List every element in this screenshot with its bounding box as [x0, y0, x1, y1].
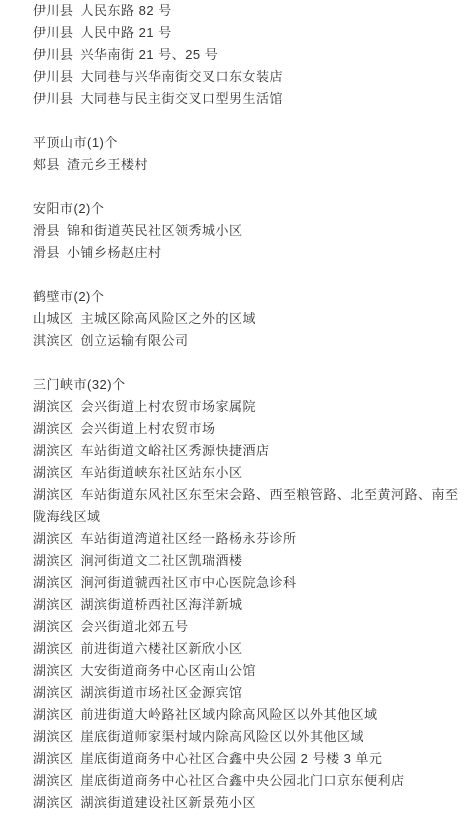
- city-section-header: 鹤壁市(2)个: [33, 286, 464, 308]
- region-name: 郏县: [33, 157, 60, 172]
- region-name: 湖滨区: [33, 443, 74, 458]
- region-name: 伊川县: [33, 69, 74, 84]
- address-text: 大同巷与兴华南街交叉口东女装店: [81, 69, 284, 84]
- city-section-header: 平顶山市(1)个: [33, 132, 464, 154]
- region-name: 湖滨区: [33, 795, 74, 810]
- risk-area-item: 湖滨区会兴街道上村农贸市场家属院: [33, 396, 464, 418]
- address-text: 涧河街道文二社区凯瑞酒楼: [81, 553, 243, 568]
- address-text: 会兴街道北郊五号: [81, 619, 189, 634]
- risk-area-item: 伊川县人民东路 82 号: [33, 0, 464, 22]
- document-page: 伊川县人民东路 82 号伊川县人民中路 21 号伊川县兴华南街 21 号、25 …: [0, 0, 472, 820]
- address-text: 大安街道商务中心区南山公馆: [81, 663, 257, 678]
- region-name: 湖滨区: [33, 553, 74, 568]
- risk-area-list: 伊川县人民东路 82 号伊川县人民中路 21 号伊川县兴华南街 21 号、25 …: [33, 0, 464, 814]
- address-text: 车站街道文峪社区秀源快捷酒店: [81, 443, 270, 458]
- address-text: 创立运输有限公司: [81, 333, 189, 348]
- region-name: 湖滨区: [33, 641, 74, 656]
- risk-area-item: 滑县小铺乡杨赵庄村: [33, 242, 464, 264]
- region-name: 湖滨区: [33, 751, 74, 766]
- region-name: 湖滨区: [33, 487, 74, 502]
- risk-area-item: 湖滨区大安街道商务中心区南山公馆: [33, 660, 464, 682]
- address-text: 主城区除高风险区之外的区域: [81, 311, 257, 326]
- risk-area-item: 湖滨区涧河街道虢西社区市中心医院急诊科: [33, 572, 464, 594]
- address-text: 大同巷与民主街交叉口型男生活馆: [81, 91, 284, 106]
- risk-area-item: 湖滨区崖底街道师家渠村域内除高风险区以外其他区域: [33, 726, 464, 748]
- region-name: 湖滨区: [33, 773, 74, 788]
- risk-area-item: 湖滨区湖滨街道桥西社区海洋新城: [33, 594, 464, 616]
- risk-area-item: 湖滨区车站街道湾道社区经一路杨永芬诊所: [33, 528, 464, 550]
- address-text: 车站街道东风社区东至宋会路、西至粮管路、北至黄河路、南至陇海线区域: [33, 487, 459, 524]
- region-name: 滑县: [33, 223, 60, 238]
- region-name: 湖滨区: [33, 531, 74, 546]
- address-text: 湖滨街道建设社区新景苑小区: [81, 795, 257, 810]
- risk-area-item: 郏县渣元乡王楼村: [33, 154, 464, 176]
- risk-area-item: 湖滨区崖底街道商务中心社区合鑫中央公园 2 号楼 3 单元: [33, 748, 464, 770]
- address-text: 崖底街道商务中心社区合鑫中央公园 2 号楼 3 单元: [81, 751, 383, 766]
- address-text: 湖滨街道桥西社区海洋新城: [81, 597, 243, 612]
- region-name: 伊川县: [33, 91, 74, 106]
- region-name: 湖滨区: [33, 685, 74, 700]
- address-text: 涧河街道虢西社区市中心医院急诊科: [81, 575, 297, 590]
- region-name: 湖滨区: [33, 465, 74, 480]
- risk-area-item: 湖滨区涧河街道文二社区凯瑞酒楼: [33, 550, 464, 572]
- risk-area-item: 湖滨区湖滨街道市场社区金源宾馆: [33, 682, 464, 704]
- risk-area-item: 伊川县人民中路 21 号: [33, 22, 464, 44]
- address-text: 崖底街道商务中心社区合鑫中央公园北门口京东便利店: [81, 773, 405, 788]
- region-name: 湖滨区: [33, 729, 74, 744]
- region-name: 湖滨区: [33, 575, 74, 590]
- risk-area-item: 淇滨区创立运输有限公司: [33, 330, 464, 352]
- address-text: 小铺乡杨赵庄村: [67, 245, 162, 260]
- region-name: 山城区: [33, 311, 74, 326]
- risk-area-item: 湖滨区车站街道东风社区东至宋会路、西至粮管路、北至黄河路、南至陇海线区域: [33, 484, 464, 528]
- risk-area-item: 湖滨区崖底街道商务中心社区合鑫中央公园北门口京东便利店: [33, 770, 464, 792]
- address-text: 会兴街道上村农贸市场: [81, 421, 216, 436]
- risk-area-item: 伊川县大同巷与民主街交叉口型男生活馆: [33, 88, 464, 110]
- address-text: 前进街道六楼社区新欣小区: [81, 641, 243, 656]
- region-name: 淇滨区: [33, 333, 74, 348]
- region-name: 湖滨区: [33, 663, 74, 678]
- city-section-header: 安阳市(2)个: [33, 198, 464, 220]
- risk-area-item: 伊川县兴华南街 21 号、25 号: [33, 44, 464, 66]
- region-name: 湖滨区: [33, 597, 74, 612]
- region-name: 伊川县: [33, 25, 74, 40]
- address-text: 会兴街道上村农贸市场家属院: [81, 399, 257, 414]
- risk-area-item: 湖滨区会兴街道上村农贸市场: [33, 418, 464, 440]
- address-text: 车站街道湾道社区经一路杨永芬诊所: [81, 531, 297, 546]
- region-name: 湖滨区: [33, 421, 74, 436]
- region-name: 滑县: [33, 245, 60, 260]
- city-section: 安阳市(2)个滑县锦和街道英民社区领秀城小区滑县小铺乡杨赵庄村: [33, 198, 464, 264]
- address-text: 兴华南街 21 号、25 号: [81, 47, 219, 62]
- risk-area-item: 湖滨区前进街道六楼社区新欣小区: [33, 638, 464, 660]
- risk-area-item: 湖滨区车站街道文峪社区秀源快捷酒店: [33, 440, 464, 462]
- city-section: 伊川县人民东路 82 号伊川县人民中路 21 号伊川县兴华南街 21 号、25 …: [33, 0, 464, 110]
- address-text: 渣元乡王楼村: [67, 157, 148, 172]
- region-name: 伊川县: [33, 3, 74, 18]
- risk-area-item: 湖滨区前进街道大岭路社区域内除高风险区以外其他区域: [33, 704, 464, 726]
- address-text: 前进街道大岭路社区域内除高风险区以外其他区域: [81, 707, 378, 722]
- city-section-header: 三门峡市(32)个: [33, 374, 464, 396]
- city-section: 鹤壁市(2)个山城区主城区除高风险区之外的区域淇滨区创立运输有限公司: [33, 286, 464, 352]
- address-text: 湖滨街道市场社区金源宾馆: [81, 685, 243, 700]
- address-text: 车站街道峡东社区站东小区: [81, 465, 243, 480]
- city-section: 平顶山市(1)个郏县渣元乡王楼村: [33, 132, 464, 176]
- address-text: 崖底街道师家渠村域内除高风险区以外其他区域: [81, 729, 365, 744]
- risk-area-item: 山城区主城区除高风险区之外的区域: [33, 308, 464, 330]
- address-text: 锦和街道英民社区领秀城小区: [67, 223, 243, 238]
- address-text: 人民东路 82 号: [81, 3, 172, 18]
- city-section: 三门峡市(32)个湖滨区会兴街道上村农贸市场家属院湖滨区会兴街道上村农贸市场湖滨…: [33, 374, 464, 814]
- risk-area-item: 伊川县大同巷与兴华南街交叉口东女装店: [33, 66, 464, 88]
- risk-area-item: 滑县锦和街道英民社区领秀城小区: [33, 220, 464, 242]
- address-text: 人民中路 21 号: [81, 25, 172, 40]
- region-name: 湖滨区: [33, 707, 74, 722]
- risk-area-item: 湖滨区车站街道峡东社区站东小区: [33, 462, 464, 484]
- risk-area-item: 湖滨区会兴街道北郊五号: [33, 616, 464, 638]
- region-name: 湖滨区: [33, 399, 74, 414]
- risk-area-item: 湖滨区湖滨街道建设社区新景苑小区: [33, 792, 464, 814]
- region-name: 湖滨区: [33, 619, 74, 634]
- region-name: 伊川县: [33, 47, 74, 62]
